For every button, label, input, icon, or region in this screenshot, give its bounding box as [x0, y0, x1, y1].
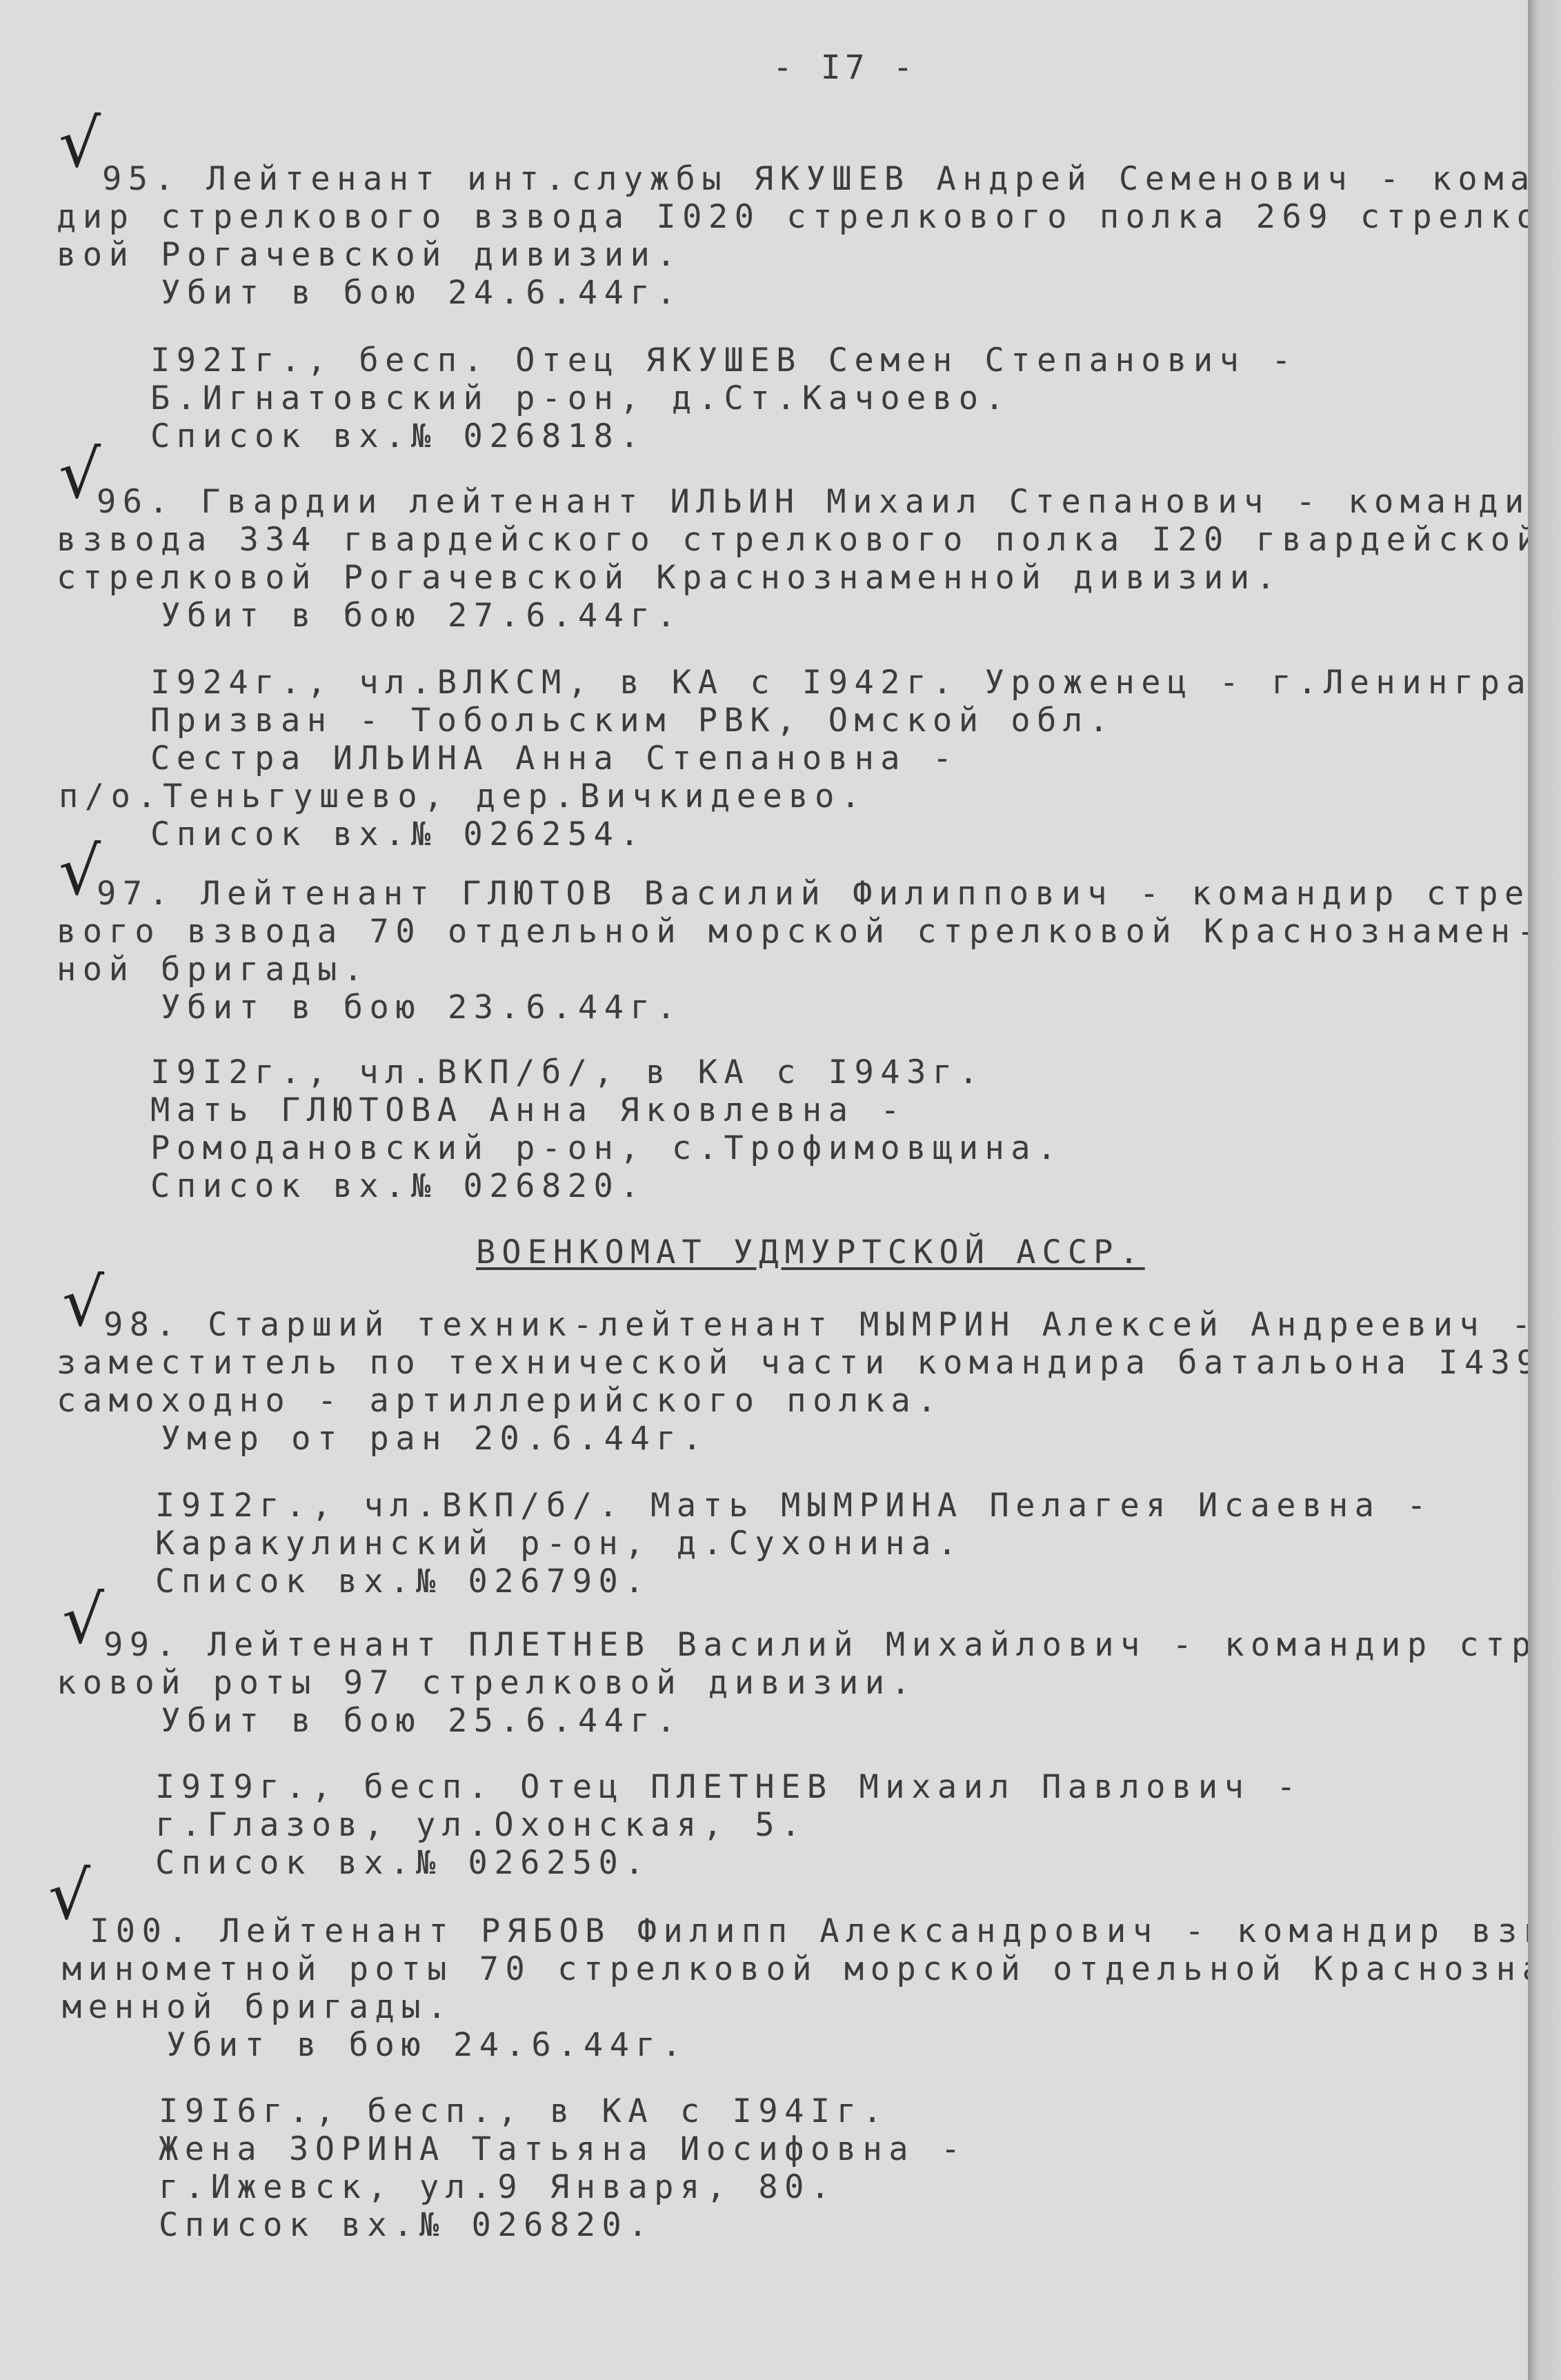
entry-99-detail-2: г.Глазов, ул.Охонская, 5. [155, 1806, 807, 1844]
entry-96-detail-1: I924г., чл.ВЛКСМ, в КА с I942г. Уроженец… [150, 664, 1561, 702]
entry-97-line-4: Убит в бою 23.6.44г. [57, 989, 682, 1027]
entry-100-detail-1: I9I6г., бесп., в КА с I94Iг. [159, 2092, 888, 2130]
checkmark-icon: √ [59, 838, 101, 904]
entry-100-detail-2: Жена ЗОРИНА Татьяна Иосифовна - [159, 2130, 967, 2168]
entry-98-detail-1: I9I2г., чл.ВКП/б/. Мать МЫМРИНА Пелагея … [155, 1487, 1433, 1525]
entry-99-line-3: Убит в бою 25.6.44г. [57, 1702, 682, 1740]
entry-95-line-3: вой Рогачевской дивизии. [57, 236, 682, 274]
entry-97-detail-1: I9I2г., чл.ВКП/б/, в КА с I943г. [150, 1053, 984, 1091]
entry-100-line-1: I00. Лейтенант РЯБОВ Филипп Александрови… [90, 1912, 1561, 1950]
entry-100-line-2: минометной роты 70 стрелковой морской от… [62, 1950, 1561, 1988]
entry-98-line-4: Умер от ран 20.6.44г. [57, 1420, 708, 1458]
entry-98-line-1: 98. Старший техник-лейтенант МЫМРИН Алек… [103, 1306, 1538, 1344]
entry-99-line-2: ковой роты 97 стрелковой дивизии. [57, 1664, 917, 1702]
entry-99-detail-3: Список вх.№ 026250. [155, 1844, 650, 1882]
entry-100-line-3: менной бригады. [62, 1988, 453, 2026]
entry-96-detail-2: Призван - Тобольским РВК, Омской обл. [150, 702, 1115, 740]
entry-97-line-2: вого взвода 70 отдельной морской стрелко… [57, 913, 1542, 951]
entry-96-line-2: взвода 334 гвардейского стрелкового полк… [57, 521, 1542, 559]
entry-95-detail-2: Б.Игнатовский р-он, д.Ст.Качоево. [150, 379, 1011, 417]
checkmark-icon: √ [59, 110, 101, 177]
entry-96-detail-5: Список вх.№ 026254. [150, 815, 646, 853]
entry-98-detail-3: Список вх.№ 026790. [155, 1563, 650, 1600]
entry-98-line-3: самоходно - артиллерийского полка. [57, 1382, 943, 1420]
entry-99-line-1: 99. Лейтенант ПЛЕТНЕВ Василий Михайлович… [103, 1626, 1561, 1664]
checkmark-icon: √ [62, 1269, 104, 1336]
entry-95-line-2: дир стрелкового взвода I020 стрелкового … [57, 198, 1561, 236]
checkmark-icon: √ [48, 1863, 90, 1929]
entry-97-detail-3: Ромодановский р-он, с.Трофимовщина. [150, 1129, 1063, 1167]
entry-95-detail-1: I92Iг., бесп. Отец ЯКУШЕВ Семен Степанов… [150, 341, 1297, 379]
entry-95-line-1: 95. Лейтенант инт.службы ЯКУШЕВ Андрей С… [102, 160, 1561, 198]
entry-97-detail-2: Мать ГЛЮТОВА Анна Яковлевна - [150, 1091, 906, 1129]
entry-95-detail-3: Список вх.№ 026818. [150, 417, 646, 455]
entry-96-line-3: стрелковой Рогачевской Краснознаменной д… [57, 559, 1282, 597]
entry-96-detail-3: Сестра ИЛЬИНА Анна Степановна - [150, 740, 959, 777]
entry-96-line-4: Убит в бою 27.6.44г. [57, 597, 682, 635]
checkmark-icon: √ [62, 1587, 104, 1653]
entry-97-line-3: ной бригады. [57, 951, 370, 989]
page-number: - I7 - [773, 48, 917, 87]
entry-99-detail-1: I9I9г., бесп. Отец ПЛЕТНЕВ Михаил Павлов… [155, 1768, 1302, 1806]
entry-96-detail-4: п/о.Теньгушево, дер.Вичкидеево. [59, 777, 867, 815]
section-heading: ВОЕНКОМАТ УДМУРТСКОЙ АССР. [476, 1233, 1145, 1271]
entry-98-detail-2: Каракулинский р-он, д.Сухонина. [155, 1525, 964, 1563]
entry-95-line-4: Убит в бою 24.6.44г. [57, 274, 682, 312]
entry-98-line-2: заместитель по технической части команди… [57, 1344, 1542, 1382]
entry-97-line-1: 97. Лейтенант ГЛЮТОВ Василий Филиппович … [97, 875, 1561, 913]
page-edge [1528, 0, 1561, 2380]
entry-96-line-1: 96. Гвардии лейтенант ИЛЬИН Михаил Степа… [97, 483, 1557, 521]
entry-100-detail-3: г.Ижевск, ул.9 Января, 80. [159, 2168, 837, 2206]
entry-97-detail-4: Список вх.№ 026820. [150, 1167, 646, 1205]
checkmark-icon: √ [59, 442, 101, 508]
document-page: - I7 - √ 95. Лейтенант инт.службы ЯКУШЕВ… [0, 0, 1528, 2380]
entry-100-line-4: Убит в бою 24.6.44г. [62, 2026, 688, 2064]
entry-100-detail-4: Список вх.№ 026820. [159, 2206, 654, 2244]
